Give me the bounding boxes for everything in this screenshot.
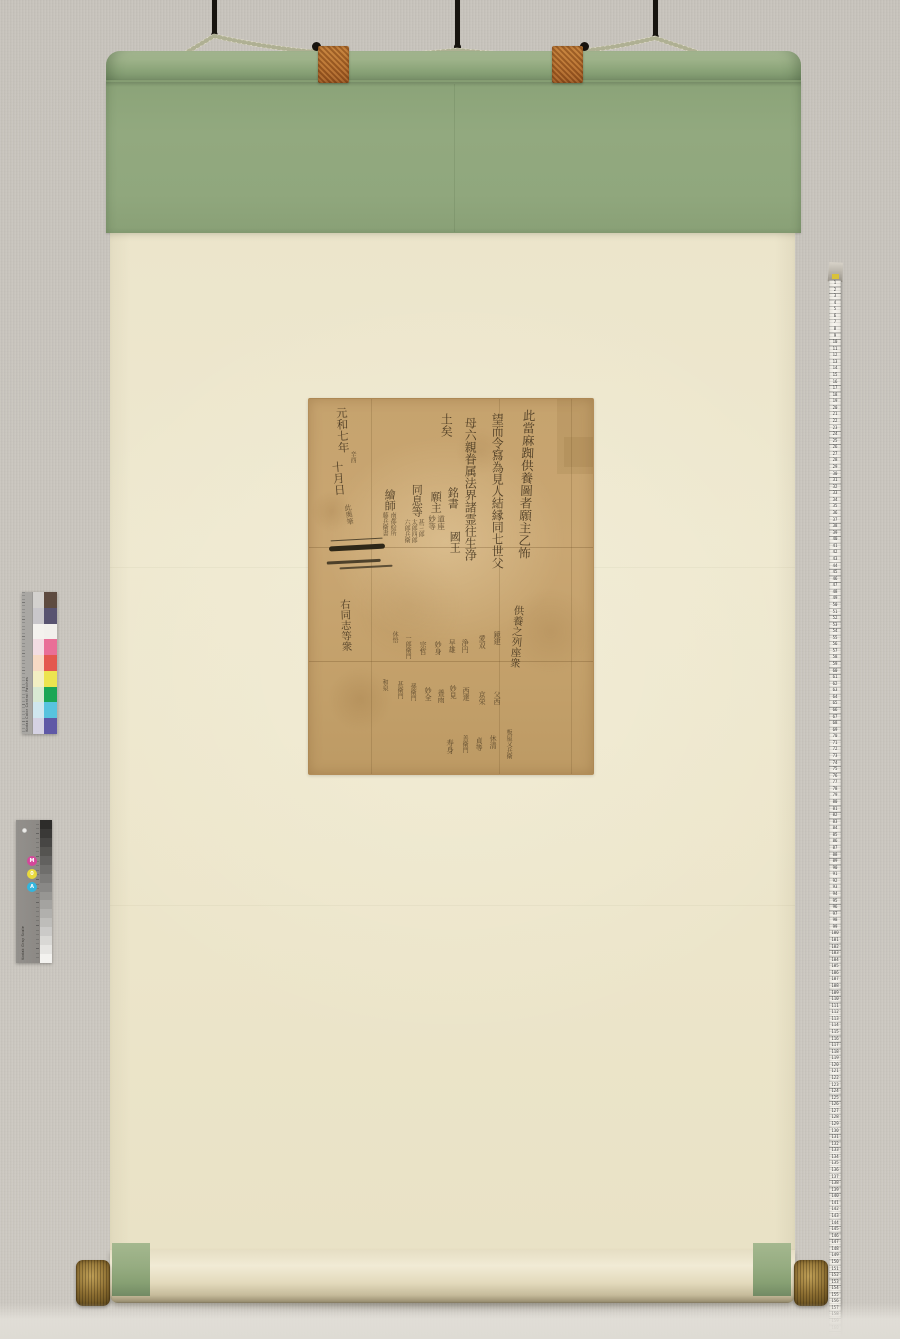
ruler-number: 92 xyxy=(829,879,841,883)
ruler-number: 78 xyxy=(829,787,841,791)
ruler-number: 145 xyxy=(829,1227,841,1231)
color-patch-row xyxy=(33,624,57,640)
color-patch-row xyxy=(33,702,57,718)
inscription-column: 宗哲 xyxy=(419,641,426,655)
ruler-number: 88 xyxy=(829,853,841,857)
ruler-number: 91 xyxy=(829,872,841,876)
inscription-column: 太郎四郎 xyxy=(410,519,416,543)
ruler-number: 102 xyxy=(829,945,841,949)
measuring-tape: 1234567891011121314151617181920212223242… xyxy=(828,262,842,1339)
inscription-column: 京栄 xyxy=(478,691,485,705)
ruler-number: 1 xyxy=(829,281,841,285)
ruler-number: 22 xyxy=(829,419,841,423)
ruler-number: 97 xyxy=(829,912,841,916)
gray-step xyxy=(40,829,52,838)
ruler-number: 133 xyxy=(829,1148,841,1152)
ruler-number: 3 xyxy=(829,294,841,298)
inscription-column: 板屋又兵衛 xyxy=(505,729,511,759)
ruler-number: 39 xyxy=(829,531,841,535)
ruler-number: 138 xyxy=(829,1181,841,1185)
brocade-strap-icon xyxy=(552,46,583,83)
color-patch-pale xyxy=(33,655,44,671)
inscription-column: 父西 xyxy=(493,691,500,705)
scroll-top-rod xyxy=(106,51,801,83)
gray-scale-strip: Kodak Gray Scale M0A xyxy=(16,820,52,963)
brocade-strap-icon xyxy=(318,46,349,83)
color-patch-pale xyxy=(33,718,44,734)
inscription-column: 藤兵衛書 xyxy=(381,512,387,536)
tape-body: 1234567891011121314151617181920212223242… xyxy=(829,280,841,1339)
ruler-number: 124 xyxy=(829,1089,841,1093)
ruler-number: 152 xyxy=(829,1273,841,1277)
ruler-number: 114 xyxy=(829,1023,841,1027)
ruler-number: 147 xyxy=(829,1240,841,1244)
ruler-number: 36 xyxy=(829,511,841,515)
inscription-column: 同息等 xyxy=(411,484,422,517)
gray-step xyxy=(40,900,52,909)
ruler-number: 153 xyxy=(829,1280,841,1284)
ruler-number: 101 xyxy=(829,938,841,942)
fold-crease xyxy=(309,661,593,662)
ruler-number: 29 xyxy=(829,465,841,469)
ruler-number: 72 xyxy=(829,747,841,751)
gray-scale-label: Kodak Gray Scale xyxy=(21,926,25,960)
photo-stage: 此當麻踟供養圖者願主乙怖望而令寫為見人結縁同七世父母六親眷属法界諸霊往生浄土矣銘… xyxy=(0,0,900,1339)
ruler-number: 82 xyxy=(829,813,841,817)
gray-step xyxy=(40,892,52,901)
inscription-column: 浄円 xyxy=(461,639,468,653)
ruler-number: 104 xyxy=(829,958,841,962)
ruler-number: 149 xyxy=(829,1253,841,1257)
ruler-number: 52 xyxy=(829,616,841,620)
ruler-number: 94 xyxy=(829,892,841,896)
ruler-number: 80 xyxy=(829,800,841,804)
color-patch-saturated xyxy=(44,624,57,640)
ruler-number: 11 xyxy=(829,347,841,351)
inscription-column: 甚衛門 xyxy=(396,681,402,699)
color-patch-pale xyxy=(33,592,44,608)
inscription-column: 望而令寫為見人結縁同七世父 xyxy=(491,413,503,569)
gray-step xyxy=(40,874,52,883)
color-patch-saturated xyxy=(44,608,57,624)
panel-seam xyxy=(110,905,795,906)
color-patch-pale xyxy=(33,608,44,624)
ruler-number: 12 xyxy=(829,353,841,357)
ruler-number: 128 xyxy=(829,1115,841,1119)
gray-scale-dot: M xyxy=(27,856,37,866)
ruler-number: 14 xyxy=(829,366,841,370)
inscription-column: 道座 xyxy=(437,515,445,530)
mount-silk-corner xyxy=(753,1243,791,1296)
ruler-number: 118 xyxy=(829,1050,841,1054)
ruler-number: 105 xyxy=(829,964,841,968)
ruler-number: 63 xyxy=(829,688,841,692)
ruler-number: 77 xyxy=(829,780,841,784)
inscription-column: 妙等 xyxy=(428,515,436,530)
color-patch-pale xyxy=(33,671,44,687)
ruler-number: 141 xyxy=(829,1201,841,1205)
color-patch-pale xyxy=(33,702,44,718)
inscription-column: 六郎兵衛 xyxy=(403,519,409,543)
ruler-number: 123 xyxy=(829,1083,841,1087)
ruler-number: 2 xyxy=(829,288,841,292)
inscription-column: 此奥筆 xyxy=(344,504,354,526)
ruler-number: 73 xyxy=(829,754,841,758)
ruler-number: 142 xyxy=(829,1207,841,1211)
kao-monogram xyxy=(329,544,385,552)
ruler-number: 103 xyxy=(829,951,841,955)
inscription-column: 鏡建 xyxy=(493,631,500,645)
ruler-number: 93 xyxy=(829,885,841,889)
ruler-number: 65 xyxy=(829,701,841,705)
inscription-column: 南都絵所 xyxy=(389,512,395,536)
ruler-number: 18 xyxy=(829,393,841,397)
inscription-column: 休清 xyxy=(489,735,496,749)
ruler-number: 90 xyxy=(829,866,841,870)
ruler-number: 79 xyxy=(829,793,841,797)
ruler-number: 15 xyxy=(829,373,841,377)
ruler-number: 112 xyxy=(829,1010,841,1014)
color-patch-pale xyxy=(33,687,44,703)
ruler-number: 16 xyxy=(829,380,841,384)
ruler-number: 140 xyxy=(829,1194,841,1198)
ruler-number: 48 xyxy=(829,590,841,594)
ruler-number: 42 xyxy=(829,550,841,554)
color-checker-strip: Kodak Color Control Patches xyxy=(22,592,57,734)
ruler-number: 53 xyxy=(829,623,841,627)
gray-scale-dot: 0 xyxy=(27,869,37,879)
color-patch-row xyxy=(33,639,57,655)
inscription-column: 母六親眷属法界諸霊往生浄 xyxy=(464,417,476,561)
ruler-number: 87 xyxy=(829,846,841,850)
ruler-number: 70 xyxy=(829,734,841,738)
inscription-column: 妙全 xyxy=(424,687,431,701)
ruler-number: 8 xyxy=(829,327,841,331)
ruler-number: 130 xyxy=(829,1129,841,1133)
ruler-number: 83 xyxy=(829,820,841,824)
ruler-number: 76 xyxy=(829,774,841,778)
paper-patch xyxy=(564,437,593,467)
inscription-column: 西達 xyxy=(462,687,469,701)
ruler-number: 89 xyxy=(829,859,841,863)
gray-scale-dot: A xyxy=(27,882,37,892)
tape-tip-marker xyxy=(832,274,839,279)
color-patch-row xyxy=(33,608,57,624)
ruler-number: 151 xyxy=(829,1267,841,1271)
ruler-number: 116 xyxy=(829,1037,841,1041)
ruler-number: 131 xyxy=(829,1135,841,1139)
ruler-number: 62 xyxy=(829,682,841,686)
ruler-number: 110 xyxy=(829,997,841,1001)
gray-step xyxy=(40,918,52,927)
ruler-number: 9 xyxy=(829,334,841,338)
ruler-number: 75 xyxy=(829,767,841,771)
inscription-column: 善雨 xyxy=(437,689,444,703)
color-patch-row xyxy=(33,687,57,703)
fold-crease xyxy=(371,399,372,774)
ruler-number: 13 xyxy=(829,360,841,364)
gray-scale-ticks xyxy=(36,824,39,959)
ruler-number: 84 xyxy=(829,826,841,830)
inscription-column: 愛双 xyxy=(478,635,485,649)
ruler-number: 126 xyxy=(829,1102,841,1106)
ruler-number: 23 xyxy=(829,426,841,430)
ruler-number: 47 xyxy=(829,583,841,587)
ruler-number: 27 xyxy=(829,452,841,456)
ruler-number: 67 xyxy=(829,715,841,719)
ruler-number: 5 xyxy=(829,307,841,311)
gray-step xyxy=(40,954,52,963)
color-patch-row xyxy=(33,592,57,608)
tape-metal-tip-icon xyxy=(827,262,843,282)
ruler-number: 122 xyxy=(829,1076,841,1080)
inscription-column: 貞等 xyxy=(475,737,482,751)
ruler-number: 120 xyxy=(829,1063,841,1067)
ruler-number: 4 xyxy=(829,301,841,305)
ruler-number: 51 xyxy=(829,610,841,614)
inscription-column: 妙見 xyxy=(449,685,456,699)
inscription-column: 寿身 xyxy=(446,739,454,754)
ruler-number: 46 xyxy=(829,577,841,581)
inscription-column: 右同志等衆 xyxy=(339,599,352,652)
inscription-column: 甚三郎 xyxy=(417,519,423,537)
inscription-column: 元和七年 xyxy=(335,407,349,454)
ruler-number: 154 xyxy=(829,1286,841,1290)
ruler-number: 59 xyxy=(829,662,841,666)
inscription-column: 繪師 xyxy=(384,489,395,511)
ruler-number: 106 xyxy=(829,971,841,975)
inscription-document: 此當麻踟供養圖者願主乙怖望而令寫為見人結縁同七世父母六親眷属法界諸霊往生浄土矣銘… xyxy=(308,398,594,775)
ruler-number: 35 xyxy=(829,504,841,508)
ruler-number: 113 xyxy=(829,1017,841,1021)
ruler-number: 81 xyxy=(829,807,841,811)
ruler-number: 95 xyxy=(829,899,841,903)
gray-step xyxy=(40,927,52,936)
ruler-number: 21 xyxy=(829,412,841,416)
color-patch-saturated xyxy=(44,718,57,734)
ruler-number: 125 xyxy=(829,1096,841,1100)
ruler-number: 44 xyxy=(829,564,841,568)
inscription-column: 願主 xyxy=(430,491,441,513)
ruler-number: 25 xyxy=(829,439,841,443)
ruler-number: 60 xyxy=(829,669,841,673)
inscription-column: 此當麻踟供養圖者願主乙怖 xyxy=(516,409,534,559)
roller-knob-icon xyxy=(76,1260,110,1306)
ruler-number: 64 xyxy=(829,695,841,699)
gray-step xyxy=(40,883,52,892)
gray-step xyxy=(40,945,52,954)
ruler-number: 56 xyxy=(829,642,841,646)
color-patch-row xyxy=(33,671,57,687)
ruler-number: 71 xyxy=(829,741,841,745)
inscription-column: 善衛門 xyxy=(461,735,467,753)
gray-step xyxy=(40,820,52,829)
inscription-column: 一郎衛門 xyxy=(404,635,410,659)
ruler-number: 74 xyxy=(829,761,841,765)
ruler-number: 107 xyxy=(829,977,841,981)
ruler-number: 19 xyxy=(829,399,841,403)
ruler-number: 37 xyxy=(829,518,841,522)
inscription-column: 辛酉 xyxy=(349,451,355,463)
scroll-bottom-roller xyxy=(110,1250,795,1303)
ruler-number: 144 xyxy=(829,1221,841,1225)
ruler-number: 137 xyxy=(829,1175,841,1179)
inscription-column: 和泉 xyxy=(381,679,387,691)
gray-step xyxy=(40,936,52,945)
ruler-number: 58 xyxy=(829,655,841,659)
ruler-number: 43 xyxy=(829,557,841,561)
ruler-number: 6 xyxy=(829,314,841,318)
inscription-column: 銘書 xyxy=(447,487,458,509)
ruler-number: 61 xyxy=(829,675,841,679)
ruler-number: 155 xyxy=(829,1293,841,1297)
ruler-number: 139 xyxy=(829,1188,841,1192)
ruler-number: 86 xyxy=(829,839,841,843)
ruler-number: 143 xyxy=(829,1214,841,1218)
ruler-number: 31 xyxy=(829,478,841,482)
ruler-number: 146 xyxy=(829,1234,841,1238)
ruler-number: 26 xyxy=(829,445,841,449)
ruler-number: 119 xyxy=(829,1056,841,1060)
ruler-number: 135 xyxy=(829,1161,841,1165)
inscription-column: 十月日 xyxy=(331,461,346,496)
color-patch-saturated xyxy=(44,687,57,703)
ruler-number: 45 xyxy=(829,570,841,574)
color-patch-pale xyxy=(33,639,44,655)
inscription-column: 妙身 xyxy=(434,641,441,655)
color-patch-grid xyxy=(33,592,57,734)
gray-step xyxy=(40,856,52,865)
color-patch-saturated xyxy=(44,639,57,655)
gray-step xyxy=(40,838,52,847)
ruler-number: 20 xyxy=(829,406,841,410)
color-patch-row xyxy=(33,655,57,671)
ruler-number: 68 xyxy=(829,721,841,725)
ruler-number: 117 xyxy=(829,1043,841,1047)
color-patch-saturated xyxy=(44,702,57,718)
ruler-number: 41 xyxy=(829,544,841,548)
inscription-column: 孫衛門 xyxy=(409,683,415,701)
ruler-number: 85 xyxy=(829,833,841,837)
ruler-number: 40 xyxy=(829,537,841,541)
ruler-number: 111 xyxy=(829,1004,841,1008)
wall-base-band xyxy=(0,1303,900,1339)
ruler-number: 134 xyxy=(829,1155,841,1159)
color-patch-saturated xyxy=(44,671,57,687)
gray-step xyxy=(40,865,52,874)
ruler-number: 96 xyxy=(829,905,841,909)
ruler-number: 129 xyxy=(829,1122,841,1126)
gray-wedge xyxy=(40,820,52,963)
ruler-number: 33 xyxy=(829,491,841,495)
ruler-number: 127 xyxy=(829,1109,841,1113)
ruler-number: 57 xyxy=(829,649,841,653)
ruler-number: 108 xyxy=(829,984,841,988)
ruler-number: 98 xyxy=(829,918,841,922)
ruler-number: 54 xyxy=(829,629,841,633)
ruler-number: 121 xyxy=(829,1069,841,1073)
punch-hole-icon xyxy=(22,828,27,833)
ruler-number: 69 xyxy=(829,728,841,732)
ruler-number: 28 xyxy=(829,458,841,462)
ruler-number: 100 xyxy=(829,931,841,935)
ruler-number: 30 xyxy=(829,472,841,476)
ruler-number: 34 xyxy=(829,498,841,502)
ruler-number: 150 xyxy=(829,1260,841,1264)
ruler-number: 7 xyxy=(829,320,841,324)
inscription-column: 供養之列座衆 xyxy=(509,605,524,669)
color-patch-row xyxy=(33,718,57,734)
ceiling-pin-icon xyxy=(211,0,659,51)
inscription-column: 早雄 xyxy=(448,639,455,653)
silk-seam xyxy=(454,84,455,232)
ruler-number: 10 xyxy=(829,340,841,344)
ruler-number: 115 xyxy=(829,1030,841,1034)
color-checker-label: Kodak Color Control Patches xyxy=(25,677,29,732)
roller-knob-icon xyxy=(794,1260,828,1306)
ruler-number: 99 xyxy=(829,925,841,929)
mount-silk-corner xyxy=(112,1243,150,1296)
ruler-number: 109 xyxy=(829,991,841,995)
color-checker-label-band: Kodak Color Control Patches xyxy=(22,592,33,734)
ruler-number: 55 xyxy=(829,636,841,640)
ruler-number: 17 xyxy=(829,386,841,390)
ruler-number: 66 xyxy=(829,708,841,712)
inscription-column: 土矣 xyxy=(440,413,452,437)
color-patch-saturated xyxy=(44,592,57,608)
gray-step xyxy=(40,847,52,856)
ruler-number: 148 xyxy=(829,1247,841,1251)
ruler-number: 49 xyxy=(829,596,841,600)
ruler-number: 50 xyxy=(829,603,841,607)
ruler-number: 38 xyxy=(829,524,841,528)
gray-step xyxy=(40,909,52,918)
color-patch-pale xyxy=(33,624,44,640)
ruler-number: 32 xyxy=(829,485,841,489)
ruler-number: 24 xyxy=(829,432,841,436)
color-patch-saturated xyxy=(44,655,57,671)
ruler-number: 136 xyxy=(829,1168,841,1172)
inscription-column: 國王 xyxy=(449,531,460,553)
inscription-column: 休悟 xyxy=(391,631,397,643)
ruler-number: 132 xyxy=(829,1142,841,1146)
